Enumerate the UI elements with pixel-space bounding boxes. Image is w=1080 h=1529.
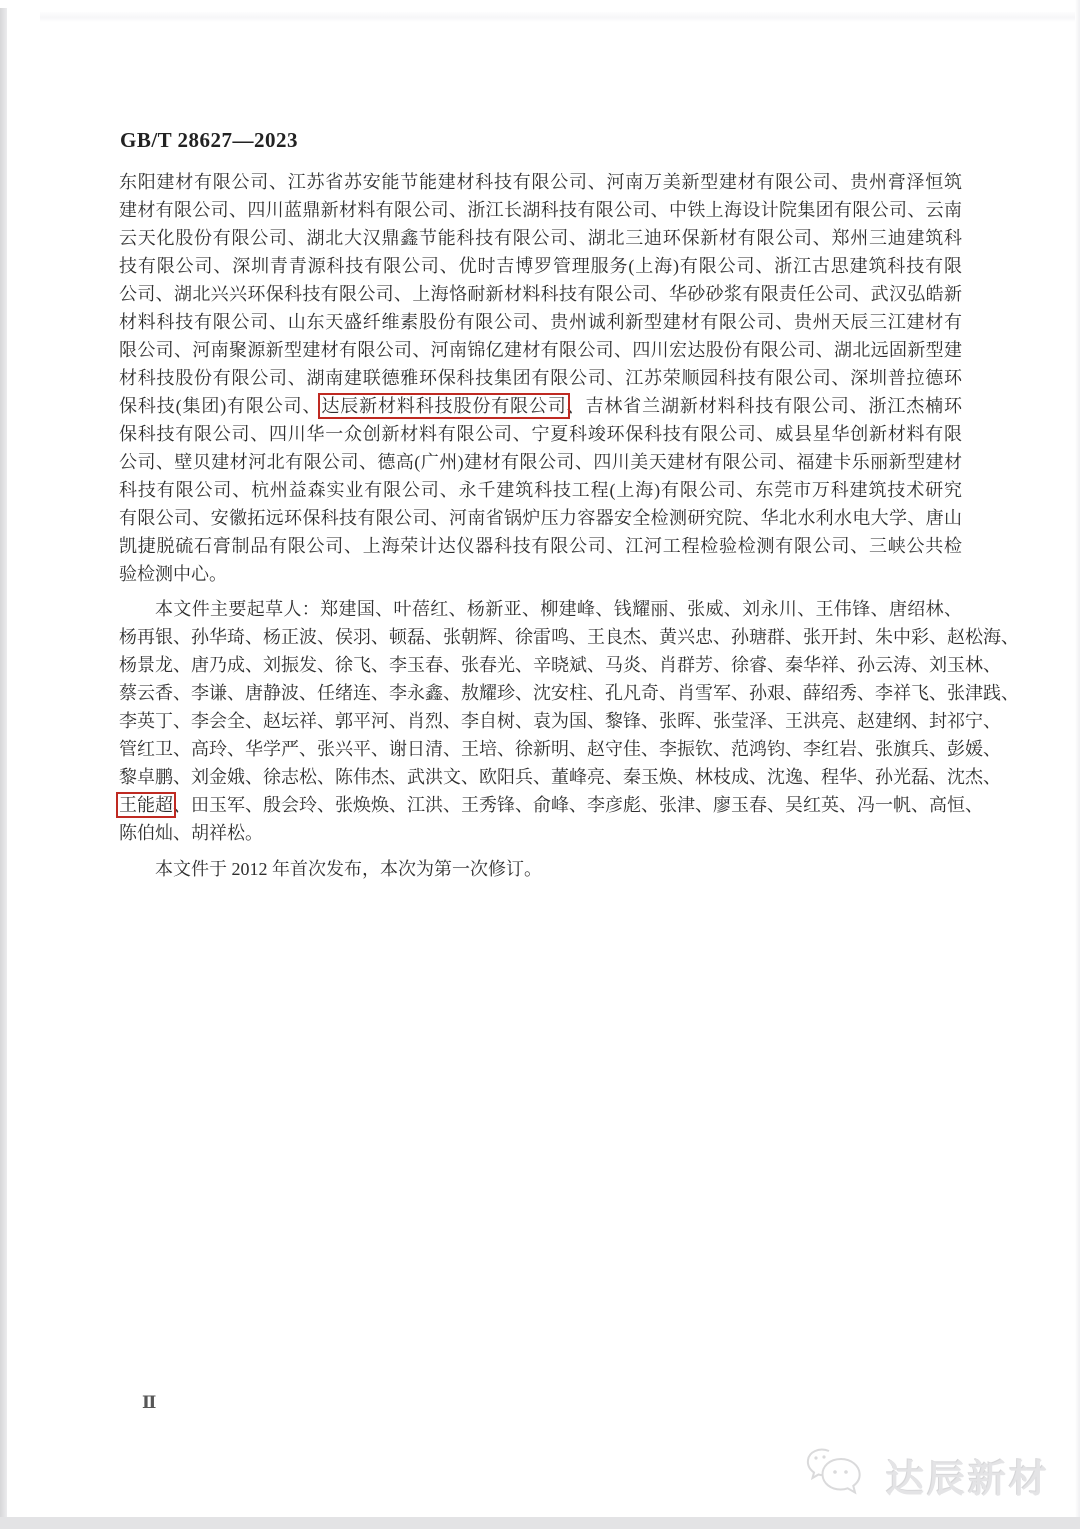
text-line-with-highlight: 保科技(集团)有限公司、达辰新材料科技股份有限公司、吉林省兰湖新材料科技有限公司… xyxy=(119,392,962,420)
text-line: 科技有限公司、杭州益森实业有限公司、永千建筑科技工程(上海)有限公司、东莞市万科… xyxy=(119,476,962,504)
text-line: 建材有限公司、四川蓝鼎新材料有限公司、浙江长湖科技有限公司、中铁上海设计院集团有… xyxy=(119,196,962,224)
revision-note-paragraph: 本文件于 2012 年首次发布，本次为第一次修订。 xyxy=(119,855,962,883)
chat-bubbles-icon xyxy=(804,1445,878,1505)
revision-note: 本文件于 2012 年首次发布，本次为第一次修订。 xyxy=(119,855,962,883)
document-page: GB/T 28627—2023 东阳建材有限公司、江苏省苏安能节能建材科技有限公… xyxy=(0,0,1080,1529)
text-line: 材科技股份有限公司、湖南建联德雅环保科技集团有限公司、江苏荣顺园科技有限公司、深… xyxy=(119,364,962,392)
text-line: 蔡云香、李谦、唐静波、任绪连、李永鑫、敖耀珍、沈安柱、孔凡奇、肖雪军、孙艰、薛绍… xyxy=(119,679,962,707)
text-line: 管红卫、高玲、华学严、张兴平、谢日清、王培、徐新明、赵守佳、李振钦、范鸿钧、李红… xyxy=(119,735,962,763)
scan-right-edge xyxy=(1075,0,1080,1517)
standard-number: GB/T 28627—2023 xyxy=(120,128,298,153)
drafting-companies-paragraph: 东阳建材有限公司、江苏省苏安能节能建材科技有限公司、河南万美新型建材有限公司、贵… xyxy=(119,168,962,588)
scan-fold-artifact xyxy=(40,12,1080,22)
text-line: 东阳建材有限公司、江苏省苏安能节能建材科技有限公司、河南万美新型建材有限公司、贵… xyxy=(119,168,962,196)
text-after-highlight: 、吉林省兰湖新材料科技有限公司、浙江杰楠环 xyxy=(567,396,962,416)
text-line: 有限公司、安徽拓远环保科技有限公司、河南省锅炉压力容器安全检测研究院、华北水利水… xyxy=(119,504,962,532)
text-line: 杨再银、孙华琦、杨正波、侯羽、顿磊、张朝辉、徐雷鸣、王良杰、黄兴忠、孙瑭群、张开… xyxy=(119,623,962,651)
text-line: 本文件主要起草人：郑建国、叶蓓红、杨新亚、柳建峰、钱耀丽、张威、刘永川、王伟锋、… xyxy=(119,595,962,623)
watermark-text: 达辰新材 xyxy=(886,1448,1050,1503)
highlighted-drafter-name: 王能超 xyxy=(119,795,173,815)
text-line-with-highlight: 王能超、田玉军、殷会玲、张焕焕、江洪、王秀锋、俞峰、李彦彪、张津、廖玉春、吴红英… xyxy=(119,791,962,819)
text-after-highlight: 、田玉军、殷会玲、张焕焕、江洪、王秀锋、俞峰、李彦彪、张津、廖玉春、吴红英、冯一… xyxy=(173,795,983,815)
text-line: 材料科技有限公司、山东天盛纤维素股份有限公司、贵州诚利新型建材有限公司、贵州天辰… xyxy=(119,308,962,336)
text-line: 保科技有限公司、四川华一众创新材料有限公司、宁夏科竣环保科技有限公司、威县星华创… xyxy=(119,420,962,448)
text-line: 陈伯灿、胡祥松。 xyxy=(119,819,962,847)
text-line: 技有限公司、深圳青青源科技有限公司、优时吉博罗管理服务(上海)有限公司、浙江古思… xyxy=(119,252,962,280)
text-line: 凯捷脱硫石膏制品有限公司、上海荣计达仪器科技有限公司、江河工程检验检测有限公司、… xyxy=(119,532,962,560)
text-line: 公司、湖北兴兴环保科技有限公司、上海恪耐新材料科技有限公司、华砂砂浆有限责任公司… xyxy=(119,280,962,308)
text-line: 验检测中心。 xyxy=(119,560,962,588)
text-line: 李英丁、李会全、赵坛祥、郭平河、肖烈、李自树、袁为国、黎锋、张晖、张莹泽、王洪亮… xyxy=(119,707,962,735)
text-line: 云天化股份有限公司、湖北大汉鼎鑫节能科技有限公司、湖北三迪环保新材有限公司、郑州… xyxy=(119,224,962,252)
text-before-highlight: 保科技(集团)有限公司、 xyxy=(119,396,321,416)
text-line: 公司、壁贝建材河北有限公司、德高(广州)建材有限公司、四川美天建材有限公司、福建… xyxy=(119,448,962,476)
text-line: 限公司、河南聚源新型建材有限公司、河南锦亿建材有限公司、四川宏达股份有限公司、湖… xyxy=(119,336,962,364)
document-body: 东阳建材有限公司、江苏省苏安能节能建材科技有限公司、河南万美新型建材有限公司、贵… xyxy=(119,168,962,883)
page-number: Ⅱ xyxy=(142,1393,156,1413)
scan-left-edge xyxy=(0,8,7,1517)
text-line: 杨景龙、唐乃成、刘振发、徐飞、李玉春、张春光、辛晓斌、马炎、肖群芳、徐睿、秦华祥… xyxy=(119,651,962,679)
highlighted-company-name: 达辰新材料科技股份有限公司 xyxy=(321,396,566,416)
scan-bottom-edge xyxy=(0,1517,1080,1529)
drafters-paragraph: 本文件主要起草人：郑建国、叶蓓红、杨新亚、柳建峰、钱耀丽、张威、刘永川、王伟锋、… xyxy=(119,595,962,847)
watermark: 达辰新材 xyxy=(804,1445,1050,1505)
text-line: 黎卓鹏、刘金娥、徐志松、陈伟杰、武洪文、欧阳兵、董峰亮、秦玉焕、林枝成、沈逸、程… xyxy=(119,763,962,791)
